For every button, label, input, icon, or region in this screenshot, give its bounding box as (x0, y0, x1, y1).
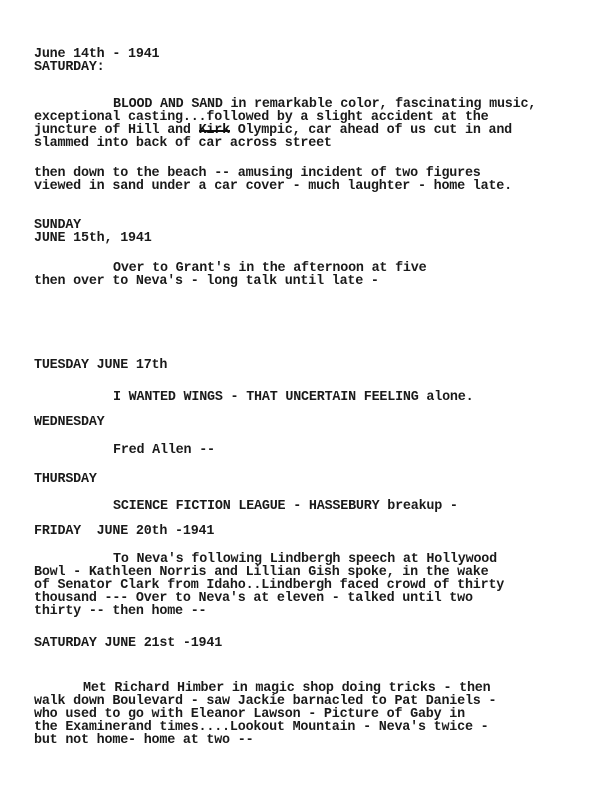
paragraph-line: viewed in sand under a car cover - much … (34, 180, 512, 193)
entry-heading: WEDNESDAY (34, 416, 105, 429)
entry-day: SATURDAY: (34, 61, 105, 74)
paragraph-line: thirty -- then home -- (34, 605, 206, 618)
paragraph-line: I WANTED WINGS - THAT UNCERTAIN FEELING … (113, 391, 473, 404)
paragraph-line: SCIENCE FICTION LEAGUE - HASSEBURY break… (113, 500, 458, 513)
paragraph-line: then over to Neva's - long talk until la… (34, 275, 379, 288)
paragraph-line: Fred Allen -- (113, 444, 215, 457)
paragraph-line: slammed into back of car across street (34, 137, 332, 150)
entry-heading: SATURDAY JUNE 21st -1941 (34, 637, 222, 650)
paragraph-line: but not home- home at two -- (34, 734, 253, 747)
entry-heading: FRIDAY JUNE 20th -1941 (34, 525, 214, 538)
diary-page: June 14th - 1941 SATURDAY: BLOOD AND SAN… (0, 0, 600, 797)
entry-heading: THURSDAY (34, 473, 97, 486)
entry-date: JUNE 15th, 1941 (34, 232, 152, 245)
entry-heading: TUESDAY JUNE 17th (34, 359, 167, 372)
